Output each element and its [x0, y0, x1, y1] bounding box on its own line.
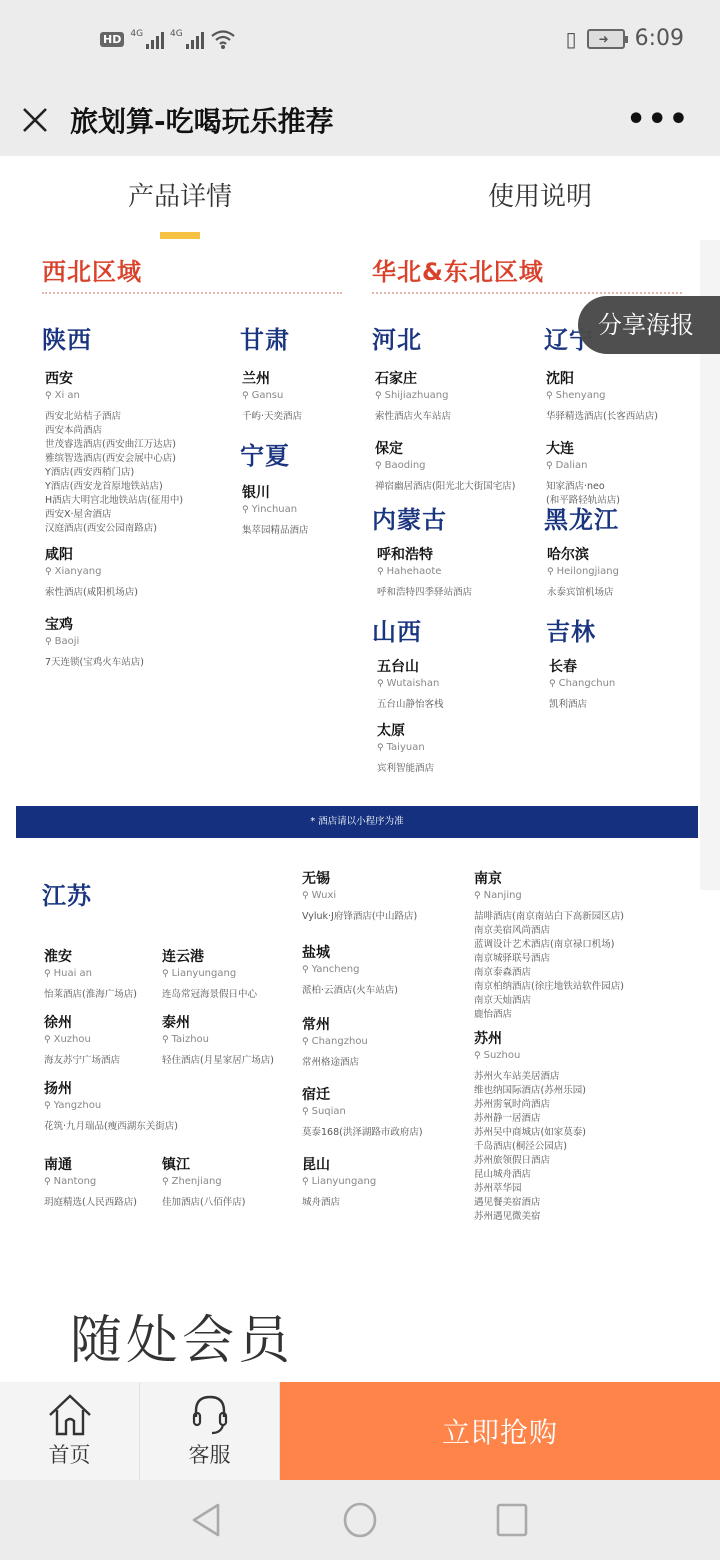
tab-bar: 产品详情 使用说明 [0, 156, 720, 240]
back-icon[interactable] [190, 1502, 222, 1538]
city-block: 连云港 ⚲Lianyungang 连岛常冠海景假日中心 [162, 946, 257, 1002]
city-block: 南京 ⚲Nanjing 喆啡酒店(南京南站白下高新园区店)南京美宿风尚酒店 蓝调… [474, 868, 624, 1022]
city-block: 苏州 ⚲Suzhou 苏州火车站美居酒店维也纳国际酒店(苏州乐园) 苏州雳氧时尚… [474, 1028, 586, 1224]
bottom-action-bar: 首页 客服 立即抢购 [0, 1382, 720, 1480]
city-block: 镇江 ⚲Zhenjiang 佳加酒店(八佰伴店) [162, 1154, 245, 1210]
city-block: 哈尔滨 ⚲Heilongjiang 永泰宾馆机场店 [547, 544, 619, 600]
section-title-partial: 随处会员 [70, 1298, 294, 1373]
location-pin-icon: ⚲ [375, 391, 382, 401]
divider [42, 292, 342, 294]
city-block: 宝鸡 ⚲Baoji 7天连锁(宝鸡火车站店) [45, 614, 144, 670]
vibrate-icon: ▯ [566, 27, 577, 51]
home-circle-icon[interactable] [343, 1502, 377, 1538]
city-block: 银川 ⚲Yinchuan 集萃园精品酒店 [242, 482, 309, 538]
status-icons-right: ▯ ➜ 6:09 [566, 26, 684, 51]
location-pin-icon: ⚲ [44, 1177, 51, 1187]
clock: 6:09 [635, 26, 684, 51]
province-hebei: 河北 [372, 320, 422, 355]
province-shanxi: 山西 [372, 612, 422, 647]
signal-icon: 4G [170, 29, 204, 49]
location-pin-icon: ⚲ [377, 743, 384, 753]
location-pin-icon: ⚲ [302, 1037, 309, 1047]
hotel-note-banner: * 酒店请以小程序为准 [16, 806, 698, 838]
system-nav-bar [0, 1480, 720, 1560]
region-title-north-northeast: 华北&东北区域 [372, 252, 544, 287]
city-block: 南通 ⚲Nantong 玥庭精选(人民西路店) [44, 1154, 137, 1210]
city-block: 西安 ⚲Xi an 西安北站桔子酒店 西安本尚酒店 世茂睿选酒店(西安曲江万达店… [45, 368, 183, 536]
city-block: 太原 ⚲Taiyuan 宾利智能酒店 [377, 720, 434, 776]
location-pin-icon: ⚲ [546, 391, 553, 401]
location-pin-icon: ⚲ [302, 891, 309, 901]
location-pin-icon: ⚲ [162, 969, 169, 979]
close-button[interactable] [0, 84, 70, 156]
location-pin-icon: ⚲ [45, 637, 52, 647]
location-pin-icon: ⚲ [377, 679, 384, 689]
location-pin-icon: ⚲ [302, 965, 309, 975]
battery-icon: ➜ [587, 29, 625, 49]
headset-icon [190, 1393, 230, 1437]
city-block: 大连 ⚲Dalian 知家酒店·neo(和平路轻轨站店) [546, 438, 620, 508]
city-block: 五台山 ⚲Wutaishan 五台山静怡客栈 [377, 656, 444, 712]
home-icon [46, 1393, 94, 1437]
location-pin-icon: ⚲ [242, 391, 249, 401]
location-pin-icon: ⚲ [162, 1177, 169, 1187]
city-block: 徐州 ⚲Xuzhou 海友苏宁广场酒店 [44, 1012, 120, 1068]
city-block: 淮安 ⚲Huai an 怡莱酒店(淮海广场店) [44, 946, 137, 1002]
city-block: 石家庄 ⚲Shijiazhuang 索性酒店火车站店 [375, 368, 451, 424]
location-pin-icon: ⚲ [45, 391, 52, 401]
city-block: 扬州 ⚲Yangzhou 花筑·九月瑞品(瘦西湖东关街店) [44, 1078, 178, 1134]
customer-service-button[interactable]: 客服 [140, 1382, 280, 1480]
location-pin-icon: ⚲ [547, 567, 554, 577]
city-block: 沈阳 ⚲Shenyang 华驿精选酒店(长客西站店) [546, 368, 658, 424]
location-pin-icon: ⚲ [44, 1101, 51, 1111]
location-pin-icon: ⚲ [375, 461, 382, 471]
province-ningxia: 宁夏 [240, 436, 290, 471]
tab-product-detail[interactable]: 产品详情 [0, 156, 360, 240]
location-pin-icon: ⚲ [302, 1107, 309, 1117]
city-block: 盐城 ⚲Yancheng 派柏·云酒店(火车站店) [302, 942, 398, 998]
location-pin-icon: ⚲ [44, 1035, 51, 1045]
city-block: 泰州 ⚲Taizhou 轻住酒店(月星家居广场店) [162, 1012, 274, 1068]
status-bar: HD 4G 4G ▯ ➜ 6:09 [0, 0, 720, 84]
location-pin-icon: ⚲ [45, 567, 52, 577]
location-pin-icon: ⚲ [474, 1051, 481, 1061]
city-block: 呼和浩特 ⚲Hahehaote 呼和浩特四季驿站酒店 [377, 544, 472, 600]
city-block: 兰州 ⚲Gansu 千屿·天奕酒店 [242, 368, 302, 424]
location-pin-icon: ⚲ [162, 1035, 169, 1045]
province-shaanxi: 陕西 [42, 320, 92, 355]
city-block: 昆山 ⚲Lianyungang 城舟酒店 [302, 1154, 376, 1210]
location-pin-icon: ⚲ [546, 461, 553, 471]
hd-icon: HD [100, 32, 124, 47]
tab-usage-instructions[interactable]: 使用说明 [360, 156, 720, 240]
nav-bar: 旅划算-吃喝玩乐推荐 ••• [0, 84, 720, 156]
location-pin-icon: ⚲ [242, 505, 249, 515]
location-pin-icon: ⚲ [44, 969, 51, 979]
page-title: 旅划算-吃喝玩乐推荐 [70, 100, 334, 140]
province-gansu: 甘肃 [240, 320, 290, 355]
more-menu-button[interactable]: ••• [626, 102, 690, 137]
buy-now-button[interactable]: 立即抢购 [280, 1382, 720, 1480]
active-tab-indicator [160, 232, 200, 239]
city-block: 长春 ⚲Changchun 凯利酒店 [549, 656, 615, 712]
signal-icon: 4G [130, 29, 164, 49]
recents-icon[interactable] [496, 1502, 528, 1538]
location-pin-icon: ⚲ [377, 567, 384, 577]
city-block: 咸阳 ⚲Xianyang 索性酒店(咸阳机场店) [45, 544, 138, 600]
city-block: 宿迁 ⚲Suqian 莫泰168(洪泽湖路市政府店) [302, 1084, 423, 1140]
share-poster-button[interactable]: 分享海报 [578, 296, 720, 354]
city-block: 无锡 ⚲Wuxi Vyluk·J府锋酒店(中山路店) [302, 868, 417, 924]
location-pin-icon: ⚲ [474, 891, 481, 901]
wifi-icon [210, 28, 236, 50]
location-pin-icon: ⚲ [302, 1177, 309, 1187]
divider [372, 292, 682, 294]
province-jiangsu: 江苏 [42, 876, 92, 911]
status-icons-left: HD 4G 4G [100, 28, 236, 50]
province-neimenggu: 内蒙古 [372, 500, 447, 535]
region-title-northwest: 西北区域 [42, 252, 142, 287]
location-pin-icon: ⚲ [549, 679, 556, 689]
province-jilin: 吉林 [546, 612, 596, 647]
close-icon [21, 106, 49, 134]
hotel-list: 西安北站桔子酒店 西安本尚酒店 世茂睿选酒店(西安曲江万达店) 雅缤智选酒店(西… [45, 410, 183, 536]
city-block: 常州 ⚲Changzhou 常州格途酒店 [302, 1014, 368, 1070]
home-button[interactable]: 首页 [0, 1382, 140, 1480]
city-block: 保定 ⚲Baoding 禅宿幽居酒店(阳光北大街国宅店) [375, 438, 515, 494]
province-heilongjiang: 黑龙江 [544, 500, 619, 535]
product-detail-content[interactable]: 产品详情 使用说明 西北区域 陕西 西安 ⚲Xi an 西安北站桔子酒店 西安本… [0, 156, 720, 1382]
